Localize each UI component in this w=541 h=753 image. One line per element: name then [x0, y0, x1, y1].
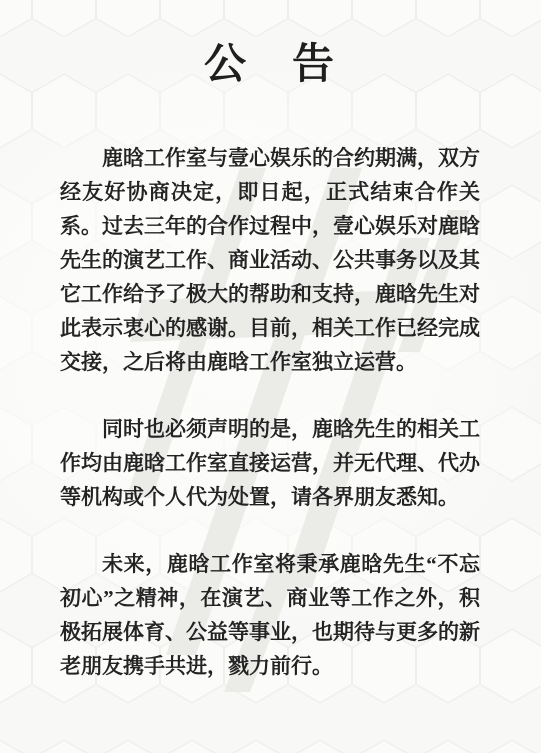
announcement-title: 公 告: [60, 40, 480, 90]
announcement-paragraph-3: 未来，鹿晗工作室将秉承鹿晗先生“不忘初心”之精神，在演艺、商业等工作之外，积极拓…: [60, 547, 480, 683]
announcement-paragraph-2: 同时也必须声明的是，鹿晗先生的相关工作均由鹿晗工作室直接运营，并无代理、代办等机…: [60, 412, 480, 514]
announcement-content: 公 告 鹿晗工作室与壹心娱乐的合约期满，双方经友好协商决定，即日起，正式结束合作…: [0, 0, 541, 753]
announcement-paragraph-1: 鹿晗工作室与壹心娱乐的合约期满，双方经友好协商决定，即日起，正式结束合作关系。过…: [60, 141, 480, 379]
announcement-page: 公 告 鹿晗工作室与壹心娱乐的合约期满，双方经友好协商决定，即日起，正式结束合作…: [0, 0, 541, 753]
